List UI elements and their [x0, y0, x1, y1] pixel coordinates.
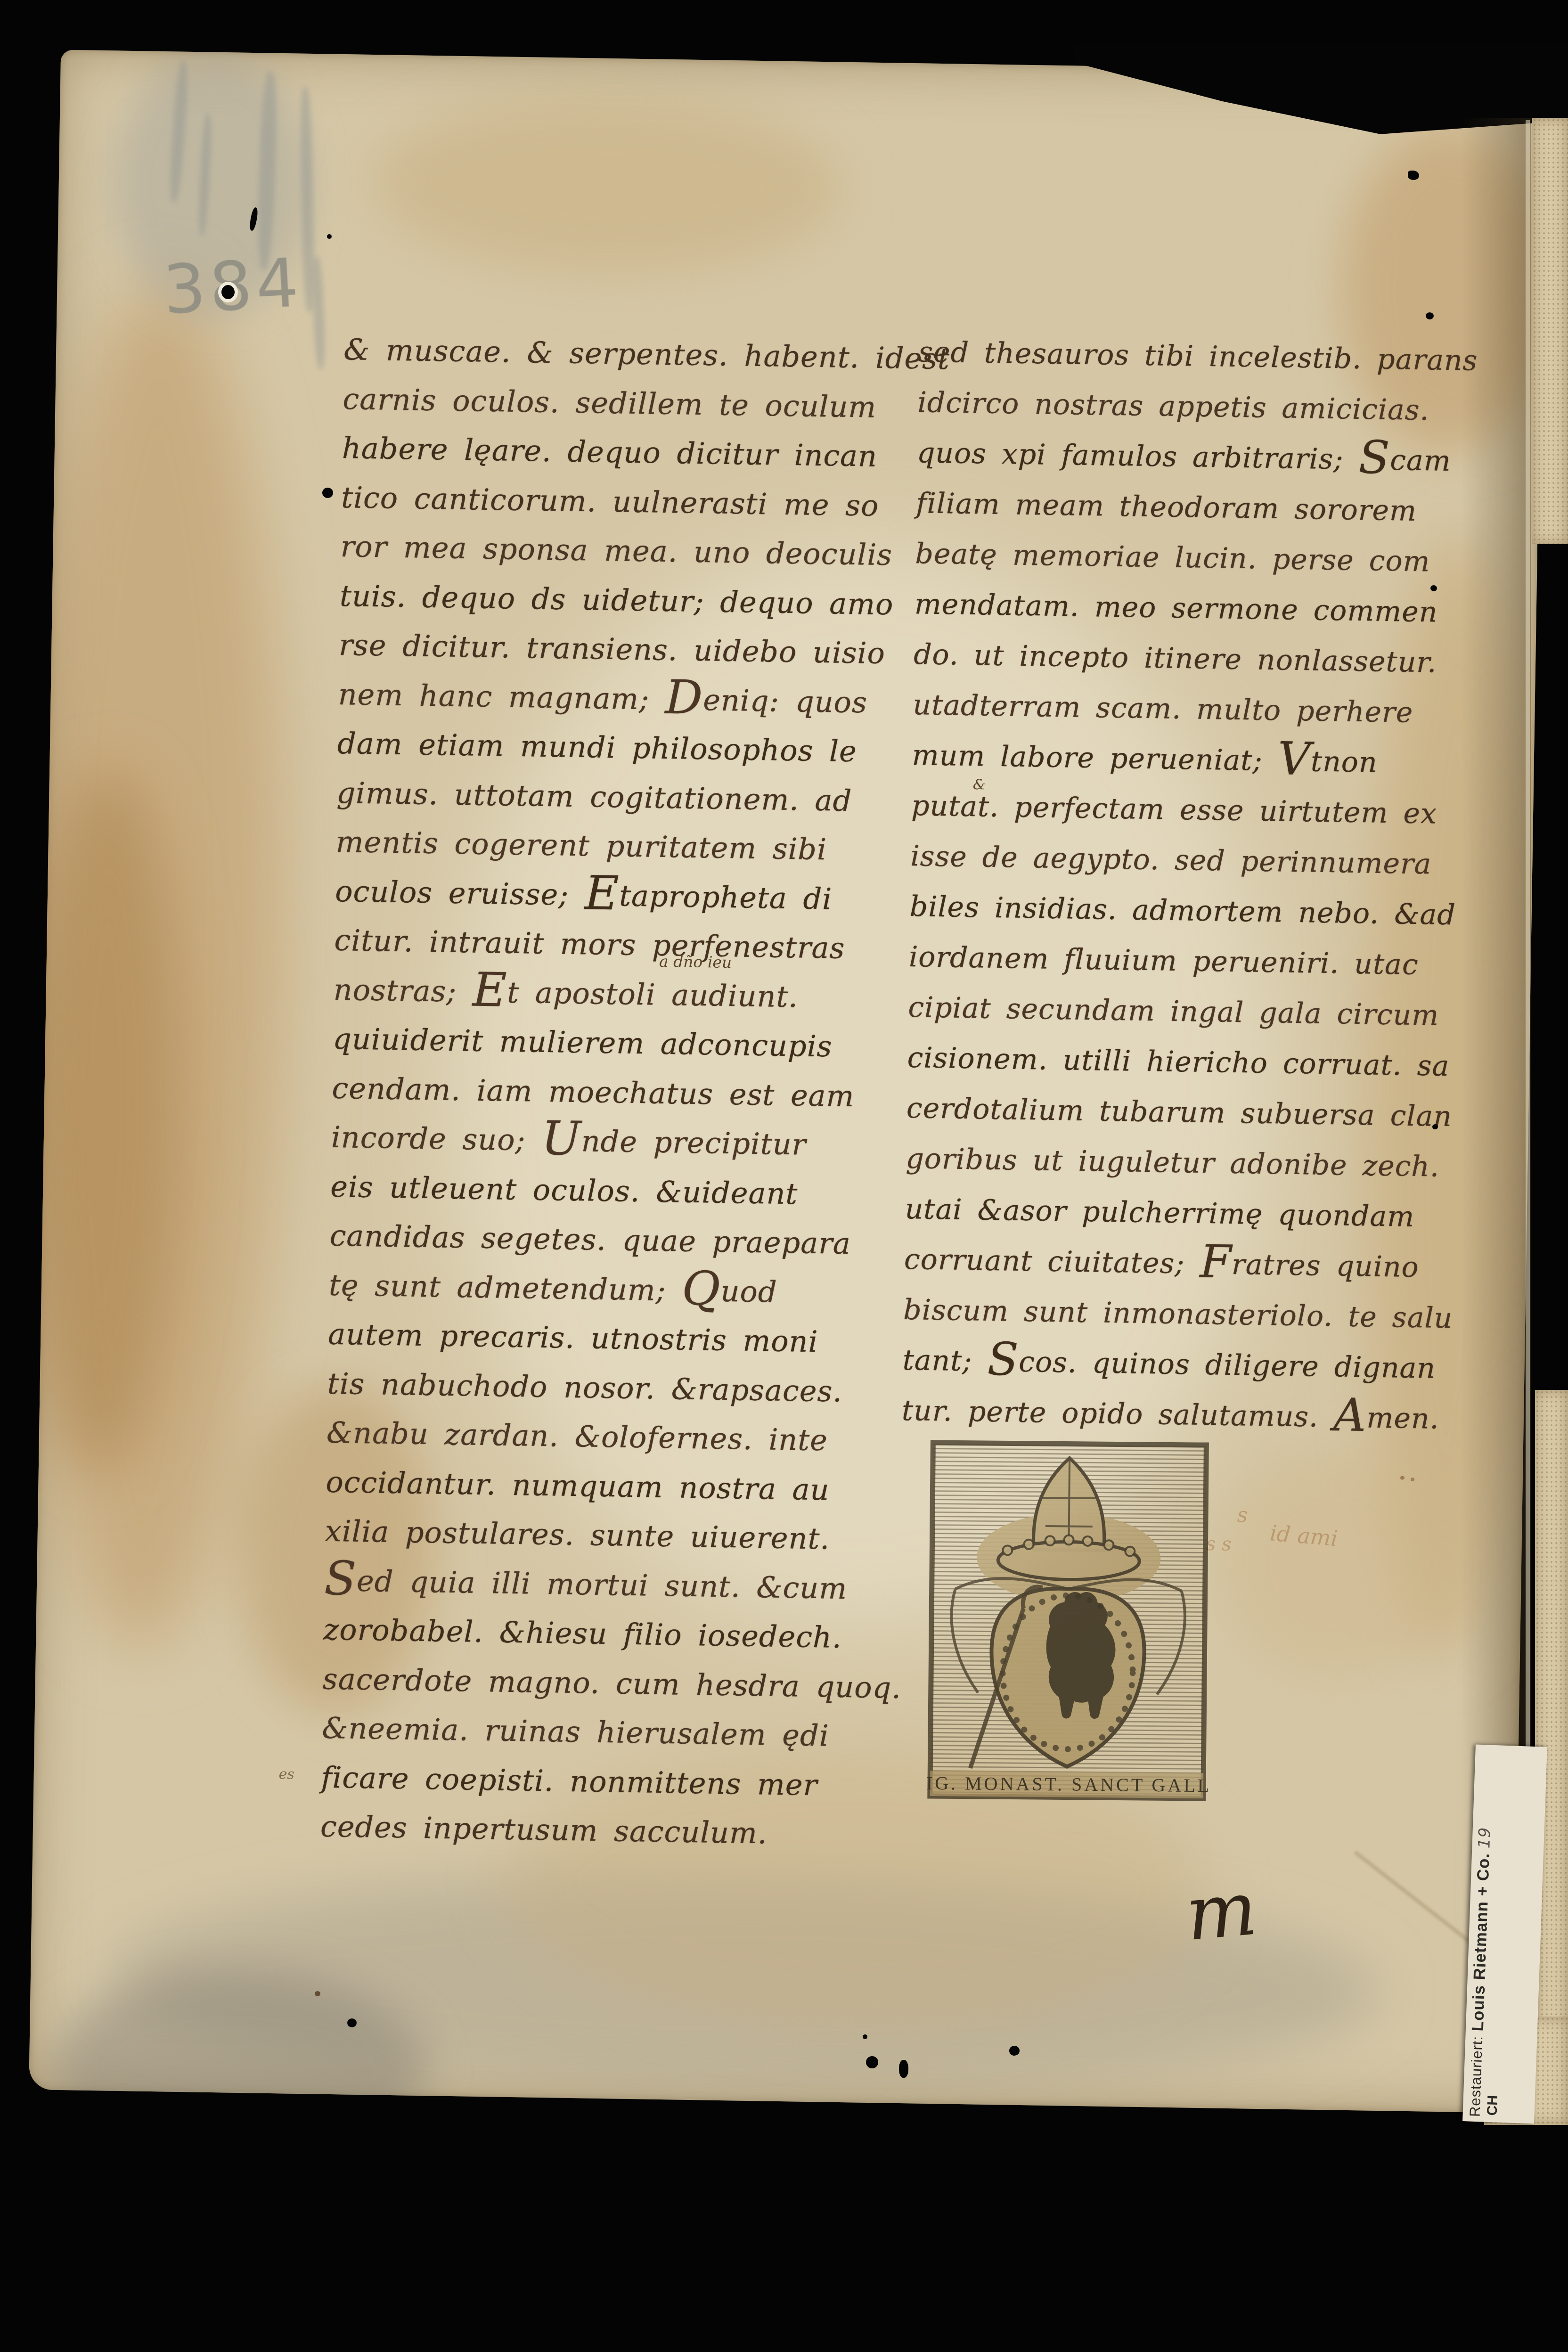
wormhole	[347, 2018, 357, 2027]
margin-gloss-left: es	[278, 1766, 294, 1783]
manuscript-line: quiuiderit mulierem adconcupis	[332, 1014, 912, 1073]
manuscript-line: &nabu zardan. &olofernes. inte	[326, 1408, 906, 1467]
manuscript-line: putat. perfectam esse uirtutem ex	[911, 781, 1519, 841]
manuscript-line: tico canticorum. uulnerasti me so	[341, 473, 921, 531]
offset-ink-mark: s	[1237, 1503, 1248, 1527]
manuscript-line: gimus. uttotam cogitationem. ad	[336, 768, 916, 826]
speck	[1430, 585, 1437, 591]
manuscript-line: habere lęare. dequo dicitur incan	[342, 424, 922, 482]
drip-mark	[311, 256, 326, 370]
interlinear-gloss-left: a dño ieu	[659, 952, 732, 972]
manuscript-line: nem hanc magnam; Deniq: quos	[338, 670, 918, 728]
manuscript-line: zorobabel. &hiesu filio iosedech.	[323, 1605, 903, 1664]
manuscript-line: & muscae. & serpentes. habent. idest	[343, 325, 923, 384]
speck	[1432, 1124, 1438, 1129]
manuscript-line: do. ut incepto itinere nonlassetur.	[913, 629, 1522, 689]
manuscript-line: corruant ciuitates; Fratres quino	[904, 1234, 1512, 1294]
interlinear-gloss-right: &	[973, 776, 986, 793]
manuscript-line: goribus ut iuguletur adonibe zech.	[906, 1134, 1514, 1193]
manuscript-line: beatę memoriae lucin. perse com	[915, 529, 1524, 588]
manuscript-line: &neemia. ruinas hierusalem ędi	[321, 1704, 901, 1762]
text-column-left: & muscae. & serpentes. habent. idestcarn…	[320, 325, 923, 1860]
speck	[327, 234, 332, 239]
manuscript-line: ficare coepisti. nonmittens mer	[321, 1753, 901, 1811]
manuscript-line: nostras; Et apostoli audiunt.	[333, 965, 913, 1023]
crown-icon	[998, 1541, 1140, 1580]
manuscript-line: cedes inpertusum sacculum.	[320, 1802, 900, 1861]
manuscript-line: utadterram scam. multo perhere	[913, 680, 1521, 740]
manuscript-line: carnis oculos. sedillem te oculum	[343, 375, 923, 433]
manuscript-line: sed thesauros tibi incelestib. parans	[918, 327, 1527, 387]
speck	[1400, 1476, 1405, 1480]
wormhole	[866, 2056, 878, 2068]
label-handwritten-date: 19	[1475, 1827, 1494, 1849]
binding-cloth-edge	[1532, 118, 1568, 544]
stamp-caption: SIG. MONAST. SANCT GALLI	[925, 1772, 1211, 1797]
restoration-label: Restauriert: Louis Rietmann + Co. 19 CH	[1462, 1745, 1547, 2124]
stain	[371, 92, 845, 279]
wormhole	[863, 2034, 867, 2039]
manuscript-line: isse de aegypto. sed perinnumera	[910, 831, 1519, 891]
photograph-background: 384 & muscae. & serpentes. habent. idest…	[0, 0, 1568, 2352]
manuscript-line: rse dicitur. transiens. uidebo uisio	[339, 621, 919, 679]
manuscript-line: oculos eruisse; Etapropheta di	[335, 866, 915, 925]
manuscript-line: eis utleuent oculos. &uideant	[330, 1162, 910, 1220]
label-prefix: Restauriert:	[1466, 2035, 1486, 2117]
speck	[1426, 312, 1434, 319]
st-gallen-bear-arms-stamp: SIG. MONAST. SANCT GALLI	[925, 1438, 1211, 1803]
manuscript-line: Sed quia illi mortui sunt. &cum	[324, 1556, 904, 1614]
wormhole	[221, 285, 235, 299]
manuscript-line: tur. perte opido salutamus. Amen.	[901, 1386, 1510, 1445]
manuscript-line: mum labore perueniat; Vtnon	[912, 730, 1520, 790]
speck	[315, 1991, 320, 1996]
manuscript-line: iordanem fluuium perueniri. utac	[908, 932, 1517, 992]
manuscript-line: sacerdote magno. cum hesdra quoq.	[322, 1654, 902, 1713]
manuscript-line: mentis cogerent puritatem sibi	[335, 817, 915, 876]
manuscript-line: tę sunt admetendum; Quod	[328, 1260, 908, 1319]
manuscript-line: cipiat secundam ingal gala circum	[908, 982, 1517, 1042]
manuscript-line: tuis. dequo ds uidetur; dequo amo	[339, 571, 919, 629]
ink-mark-m: m	[1183, 1865, 1261, 1958]
manuscript-line: xilia postulares. sunte uiuerent.	[325, 1507, 905, 1565]
wormhole	[1408, 171, 1419, 180]
manuscript-line: idcirco nostras appetis amicicias.	[917, 377, 1526, 437]
speck	[1411, 1478, 1414, 1481]
manuscript-line: cendam. iam moechatus est eam	[332, 1063, 912, 1122]
text-column-right: sed thesauros tibi incelestib. paransidc…	[901, 327, 1527, 1445]
manuscript-line: citur. intrauit mors perfenestras	[334, 916, 914, 974]
manuscript-line: filiam meam theodoram sororem	[915, 478, 1524, 538]
restoration-label-text: Restauriert: Louis Rietmann + Co. 19 CH	[1462, 1745, 1547, 2124]
library-stamp: SIG. MONAST. SANCT GALLI	[925, 1438, 1211, 1803]
wormhole	[899, 2060, 908, 2078]
manuscript-line: ror mea sponsa mea. uno deoculis	[340, 522, 920, 580]
manuscript-line: cerdotalium tubarum subuersa clan	[906, 1083, 1515, 1143]
wormhole	[322, 488, 333, 498]
manuscript-line: cisionem. utilli hiericho corruat. sa	[907, 1033, 1516, 1093]
manuscript-line: quos xpi famulos arbitraris; Scam	[916, 428, 1525, 488]
manuscript-line: dam etiam mundi philosophos le	[337, 719, 917, 777]
wormhole	[1009, 2046, 1020, 2056]
manuscript-line: tant; Scos. quinos diligere dignan	[902, 1335, 1511, 1395]
manuscript-line: autem precaris. utnostris moni	[328, 1310, 908, 1368]
manuscript-page: 384 & muscae. & serpentes. habent. idest…	[29, 50, 1545, 2113]
manuscript-line: occidantur. numquam nostra au	[326, 1457, 906, 1516]
manuscript-line: incorde suo; Unde precipitur	[331, 1113, 911, 1171]
manuscript-line: tis nabuchodo nosor. &rapsaces.	[327, 1359, 907, 1417]
manuscript-line: biles insidias. admortem nebo. &ad	[909, 882, 1518, 941]
manuscript-line: candidas segetes. quae praepara	[329, 1211, 909, 1270]
